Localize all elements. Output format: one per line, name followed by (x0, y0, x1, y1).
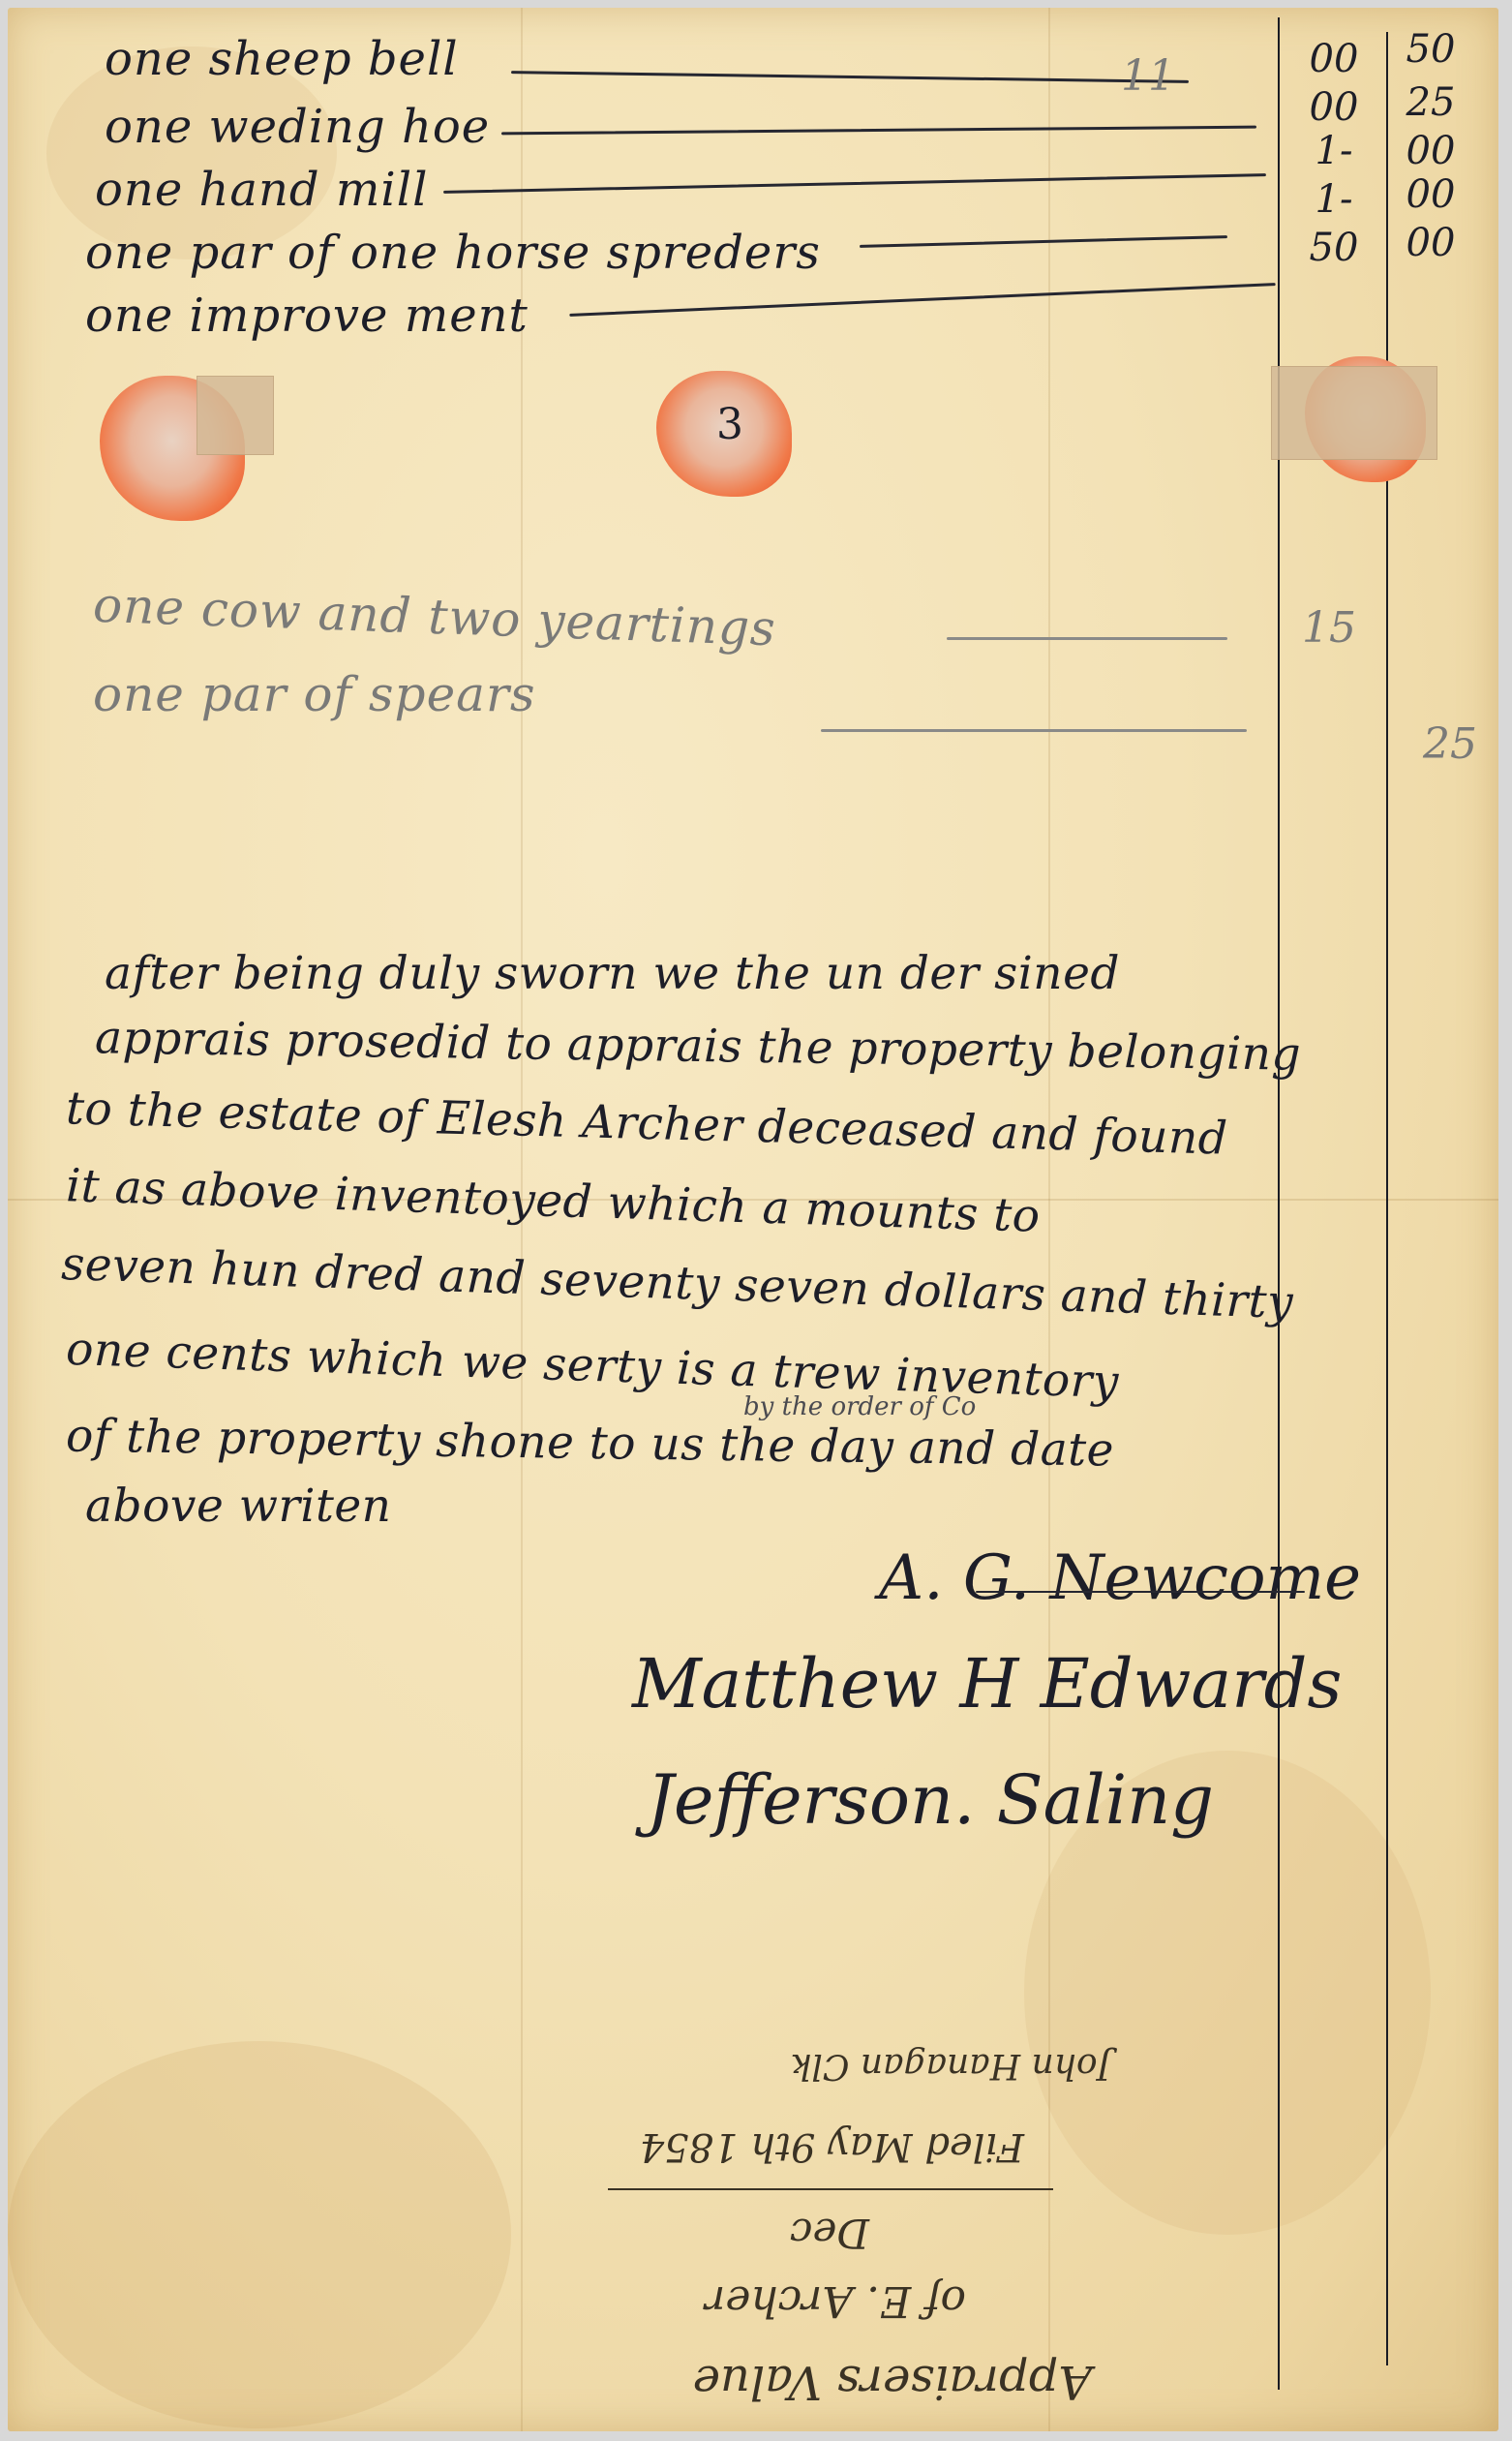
docket-endorsement: Appraisers Value of E. Archer Dec Filed … (530, 1935, 1150, 2419)
value-col2: 00 (1392, 172, 1469, 217)
pencil-value: 15 (1290, 603, 1368, 653)
statement-line: to the estate of Elesh Archer deceased a… (65, 1082, 1228, 1165)
statement-interlineation: by the order of Co (743, 1392, 976, 1421)
inventory-item: one par of one horse spreders (85, 226, 821, 280)
seal-mark: 3 (716, 400, 743, 449)
pencil-inventory-item: one par of spears (93, 666, 536, 722)
paper-tab (197, 376, 274, 455)
leader-line (443, 173, 1266, 194)
leader-line (569, 283, 1275, 317)
age-stain (8, 2041, 511, 2428)
value-col2: 00 (1392, 221, 1469, 265)
paper-tab (1271, 366, 1437, 460)
pencil-inventory-item: one cow and two yeartings (92, 577, 776, 657)
statement-line: seven hun dred and seventy seven dollars… (60, 1237, 1293, 1329)
leader-line (511, 71, 1189, 83)
statement-line: above writen (85, 1480, 391, 1533)
value-col2: 50 (1392, 27, 1469, 72)
signature-underline (976, 1591, 1305, 1593)
margin-mark: 11 (1121, 51, 1175, 101)
signature: A. G. Newcome (879, 1542, 1361, 1614)
value-col2: 25 (1392, 80, 1469, 125)
value-col1: 00 (1295, 85, 1373, 130)
leader-line (860, 235, 1227, 248)
leader-line (821, 729, 1247, 732)
inventory-item: one improve ment (85, 289, 529, 343)
leader-line (947, 637, 1227, 640)
value-col1: 1- (1295, 177, 1373, 222)
statement-line: apprais prosedid to apprais the property… (95, 1011, 1302, 1081)
inventory-item: one hand mill (95, 163, 428, 217)
inventory-item: one sheep bell (105, 32, 459, 86)
inventory-item: one weding hoe (105, 100, 490, 154)
value-col1: 50 (1295, 226, 1373, 270)
statement-line: after being duly sworn we the un der sin… (105, 947, 1120, 1000)
statement-line: it as above inventoyed which a mounts to (65, 1159, 1041, 1243)
document-page: one sheep bell 11 one weding hoe one han… (8, 8, 1498, 2431)
docket-line: Dec (530, 2210, 869, 2257)
docket-line: Appraisers Value (530, 2355, 1092, 2409)
docket-line: John Hanagan Clk (530, 2046, 1111, 2086)
leader-line (501, 126, 1256, 136)
value-col1: 00 (1295, 37, 1373, 81)
docket-line: Filed May 9th 1854 (530, 2124, 1024, 2169)
value-col2: 00 (1392, 129, 1469, 173)
docket-rule (608, 2188, 1053, 2190)
signature: Jefferson. Saling (647, 1760, 1214, 1840)
value-col1: 1- (1295, 129, 1373, 173)
docket-line: of E. Archer (530, 2276, 966, 2326)
signature: Matthew H Edwards (632, 1644, 1342, 1724)
pencil-value: 25 (1411, 719, 1489, 769)
